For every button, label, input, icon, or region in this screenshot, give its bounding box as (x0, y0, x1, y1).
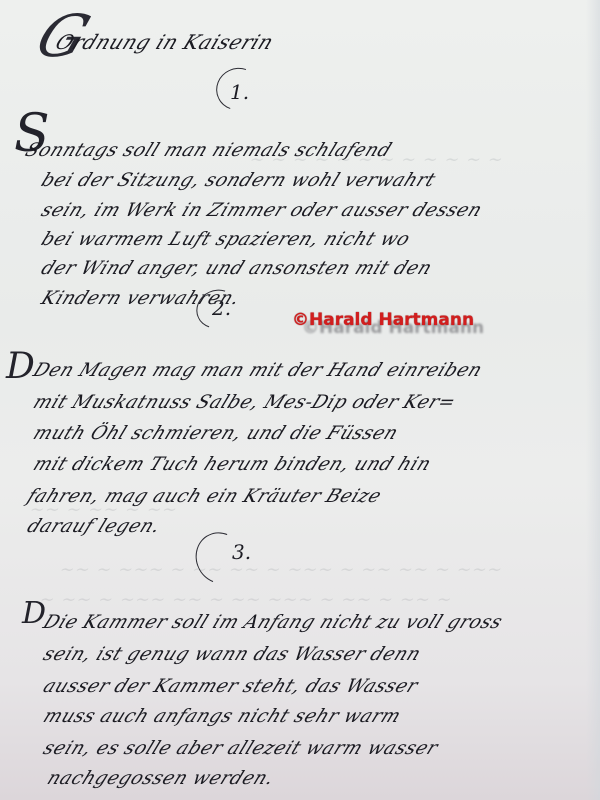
text-line: Sonntags soll man niemals schlafend (22, 140, 395, 161)
text-line: ausser der Kammer steht, das Wasser (40, 676, 421, 697)
text-line: fahren, mag auch ein Kräuter Beize (24, 486, 385, 507)
section-number: 3. (232, 540, 251, 564)
section-number: 2. (212, 296, 231, 320)
bleed-through-text: ~ ~~ ~ ~~~ ~~ ~ ~~ ~~~ ~ ~~ ~ ~~ ~ (37, 590, 456, 610)
text-line: bei der Sitzung, sondern wohl verwahrt (38, 170, 439, 191)
section-number: 1. (230, 80, 249, 104)
text-line: der Wind anger, und ansonsten mit den (38, 258, 435, 279)
bleed-through-text: ~~ ~ ~~~ ~ ~~ ~~ ~ ~~~ ~ ~~ ~~ ~ ~~~ (57, 560, 506, 580)
copyright-watermark: ©Harald Hartmann ©Harald Hartmann (292, 310, 474, 330)
page-title: Ordnung in Kaiserin (52, 30, 278, 54)
text-line: mit dickem Tuch herum binden, und hin (30, 454, 434, 475)
page-edge (586, 0, 600, 800)
text-line: sein, es solle aber allezeit warm wasser (40, 738, 441, 759)
text-line: Den Magen mag man mit der Hand einreiben (30, 360, 486, 381)
text-line: muth Öhl schmieren, und die Füssen (30, 423, 401, 444)
manuscript-page: ~ ~ ~ ~ ~ ~ ~ ~ ~ ~ ~ ~ ~~ ~ ~~~ ~ ~~ ~~… (0, 0, 600, 800)
watermark-text: ©Harald Hartmann (292, 310, 474, 330)
text-line: nachgegossen werden. (44, 768, 277, 789)
text-line: darauf legen. (24, 516, 164, 537)
text-line: sein, ist genug wann das Wasser denn (40, 644, 424, 665)
text-line: bei warmem Luft spazieren, nicht wo (38, 229, 413, 250)
text-line: sein, im Werk in Zimmer oder ausser dess… (38, 200, 485, 221)
text-line: mit Muskatnuss Salbe, Mes-Dip oder Ker= (30, 392, 459, 413)
text-line: Die Kammer soll im Anfang nicht zu voll … (40, 612, 506, 633)
text-line: muss auch anfangs nicht sehr warm (40, 706, 404, 727)
